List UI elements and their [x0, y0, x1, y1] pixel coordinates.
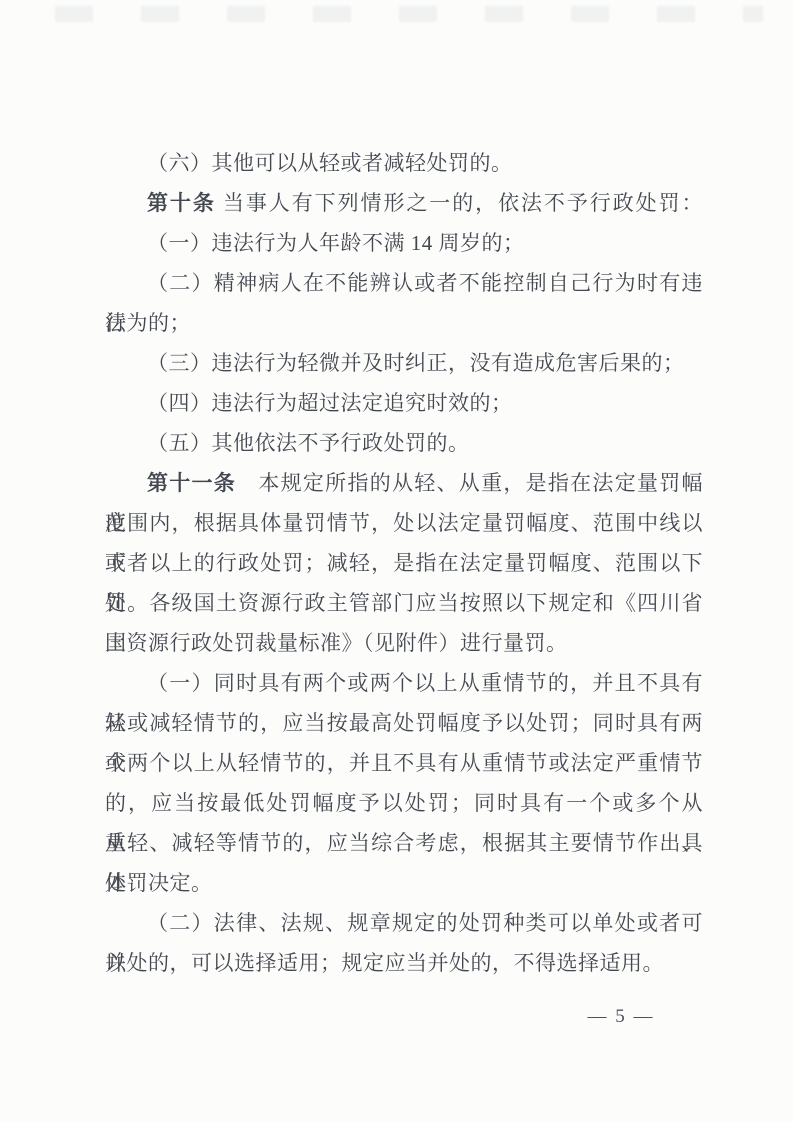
- doc-line: 土资源行政处罚裁量标准》（见附件）进行量罚。: [105, 623, 703, 663]
- doc-line: 罚。各级国土资源行政主管部门应当按照以下规定和《四川省国: [105, 583, 703, 623]
- doc-line: 范围内，根据具体量罚情节，处以法定量罚幅度、范围中线以下: [105, 503, 703, 543]
- doc-line: 处罚决定。: [105, 863, 703, 903]
- doc-line: （四）违法行为超过法定追究时效的；: [105, 383, 703, 423]
- scanned-document-page: （六）其他可以从轻或者减轻处罚的。 第十条 当事人有下列情形之一的，依法不予行政…: [0, 0, 793, 1122]
- doc-line: 行为的；: [105, 303, 703, 343]
- doc-line: 或者以上的行政处罚；减轻，是指在法定量罚幅度、范围以下处: [105, 543, 703, 583]
- doc-line: 第十一条 本规定所指的从轻、从重，是指在法定量罚幅度: [105, 463, 703, 503]
- document-body: （六）其他可以从轻或者减轻处罚的。 第十条 当事人有下列情形之一的，依法不予行政…: [105, 143, 703, 983]
- doc-line: （五）其他依法不予行政处罚的。: [105, 423, 703, 463]
- page-number: — 5 —: [551, 1005, 691, 1029]
- doc-line: （六）其他可以从轻或者减轻处罚的。: [105, 143, 703, 183]
- doc-line: 从轻、减轻等情节的，应当综合考虑，根据其主要情节作出具体: [105, 823, 703, 863]
- doc-line: 并处的，可以选择适用；规定应当并处的，不得选择适用。: [105, 943, 703, 983]
- doc-line: 轻或减轻情节的，应当按最高处罚幅度予以处罚；同时具有两个: [105, 703, 703, 743]
- doc-line: （三）违法行为轻微并及时纠正，没有造成危害后果的；: [105, 343, 703, 383]
- scan-noise-artifact: [55, 6, 763, 22]
- doc-line: （二）精神病人在不能辨认或者不能控制自己行为时有违法: [105, 263, 703, 303]
- article-number: 第十一条: [147, 471, 236, 495]
- doc-line: 第十条 当事人有下列情形之一的，依法不予行政处罚：: [105, 183, 703, 223]
- doc-line: （一）违法行为人年龄不满 14 周岁的；: [105, 223, 703, 263]
- article-number: 第十条: [147, 191, 216, 215]
- doc-line: （一）同时具有两个或两个以上从重情节的，并且不具有从: [105, 663, 703, 703]
- doc-line: 或两个以上从轻情节的，并且不具有从重情节或法定严重情节: [105, 743, 703, 783]
- doc-line: （二）法律、法规、规章规定的处罚种类可以单处或者可以: [105, 903, 703, 943]
- doc-line-text: 当事人有下列情形之一的，依法不予行政处罚：: [216, 191, 703, 215]
- doc-line: 的，应当按最低处罚幅度予以处罚；同时具有一个或多个从重、: [105, 783, 703, 823]
